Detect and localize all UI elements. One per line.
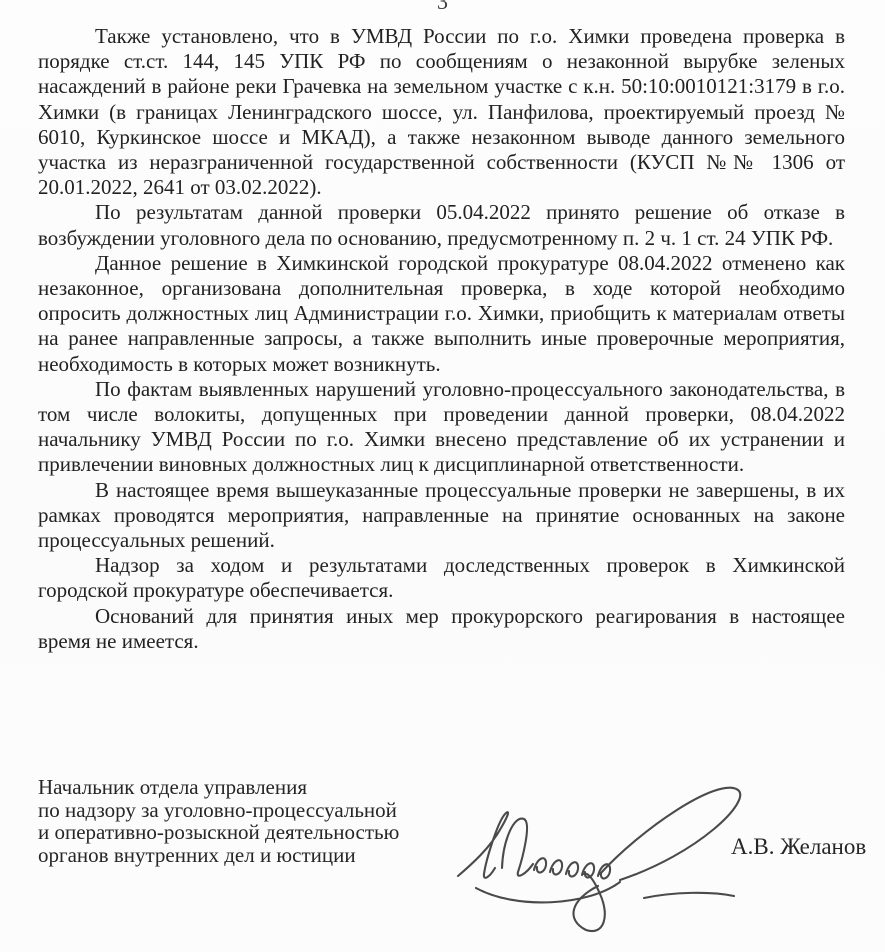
handwritten-signature-icon: [448, 768, 760, 946]
paragraph: Оснований для принятия иных мер прокурор…: [38, 604, 845, 654]
signoff-title-line: по надзору за уголовно-процессуальной: [38, 799, 458, 822]
signoff-title-line: Начальник отдела управления: [38, 776, 458, 799]
signoff-title-line: органов внутренних дел и юстиции: [38, 844, 458, 867]
paragraph: Надзор за ходом и результатами доследств…: [38, 553, 845, 603]
document-body: Также установлено, что в УМВД России по …: [38, 24, 845, 654]
signer-name: А.В. Желанов: [731, 834, 866, 860]
paragraph: Также установлено, что в УМВД России по …: [38, 24, 845, 200]
page-number: 3: [0, 0, 885, 15]
paragraph: Данное решение в Химкинской городской пр…: [38, 251, 845, 377]
paragraph: По результатам данной проверки 05.04.202…: [38, 200, 845, 250]
signoff-title-line: и оперативно-розыскной деятельностью: [38, 821, 458, 844]
signoff-title-block: Начальник отдела управления по надзору з…: [38, 776, 458, 866]
paragraph: В настоящее время вышеуказанные процессу…: [38, 478, 845, 554]
paragraph: По фактам выявленных нарушений уголовно-…: [38, 377, 845, 478]
